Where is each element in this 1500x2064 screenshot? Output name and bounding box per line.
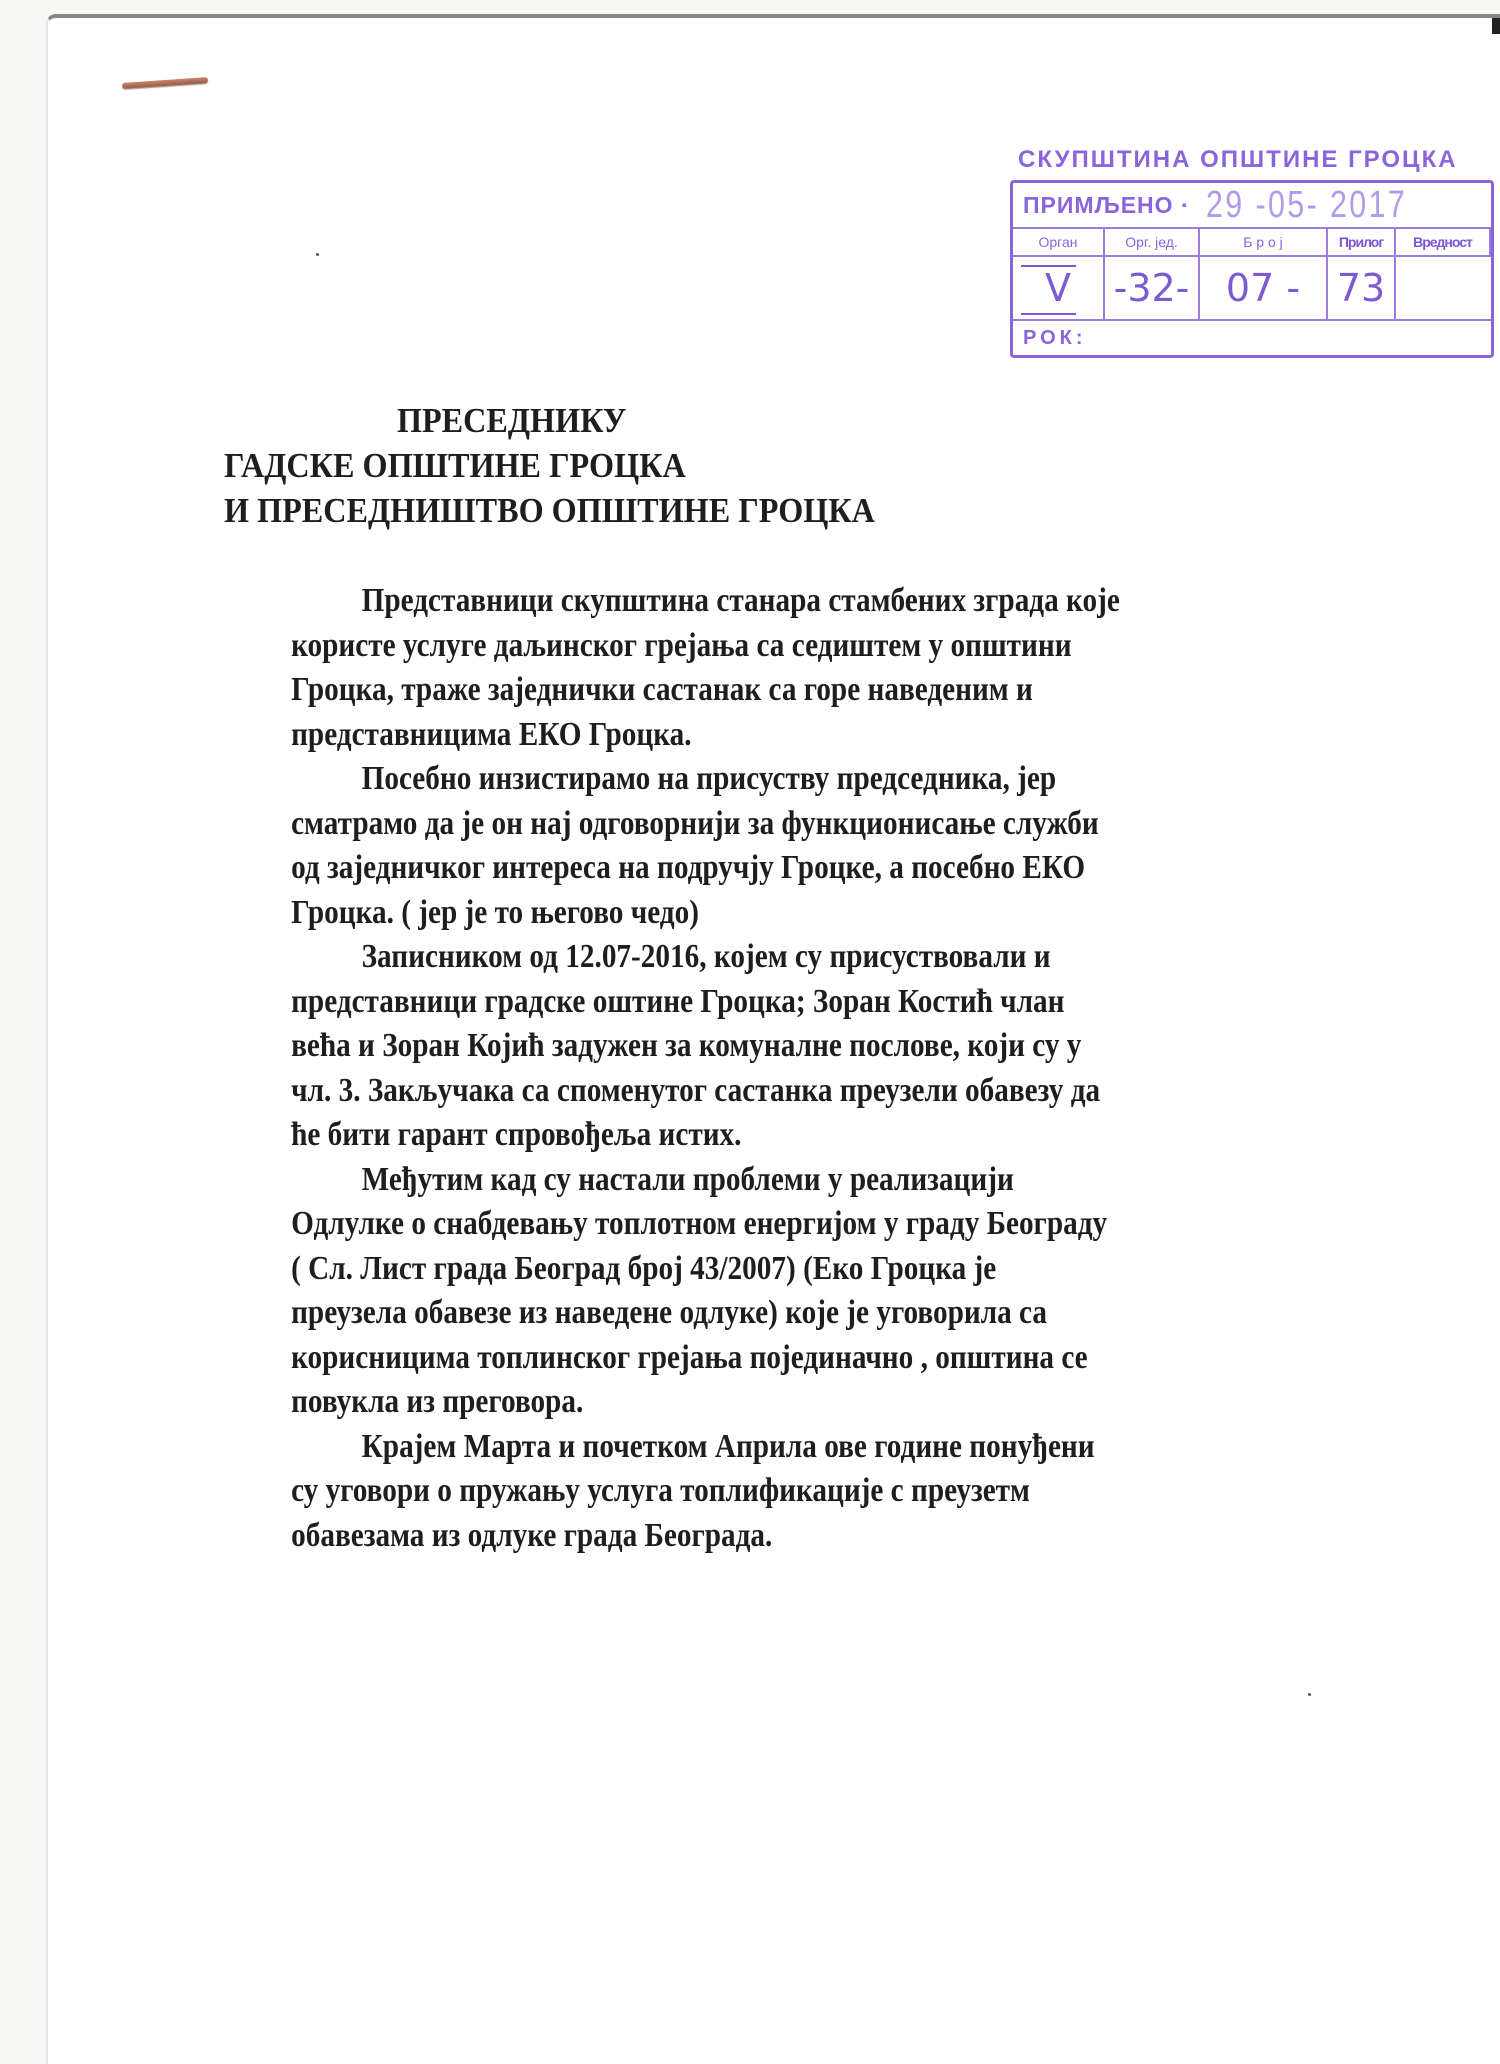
text-line: корисницима топлинског грејања појединач…: [224, 1336, 1359, 1381]
stamp-deadline-row: РОК:: [1013, 321, 1491, 355]
stamp-col-value: Вредност: [1396, 229, 1491, 257]
stamp-value-organ: V: [1013, 257, 1105, 321]
text-line: Посебно инзистирамо на присуству председ…: [224, 757, 1359, 802]
stamp-value-value: [1396, 257, 1491, 321]
letter-body: Представници скупштина станара стамбених…: [224, 579, 1359, 1558]
text-line: Гроцка, траже заједнички састанак са гор…: [224, 668, 1359, 713]
text-line: Одлулке о снабдевању топлотном енергијом…: [224, 1202, 1359, 1247]
paragraph-minutes: Записником од 12.07-2016, којем су прису…: [224, 935, 1359, 1158]
letter: ПРЕСЕДНИКУ ГАДСКЕ ОПШТИНЕ ГРОЦКА И ПРЕСЕ…: [224, 398, 1354, 1558]
paragraph-problems: Међутим кад су настали проблеми у реализ…: [224, 1158, 1359, 1425]
stamp-value-number: 07 -: [1200, 257, 1328, 321]
text-line: повукла из преговора.: [224, 1380, 1359, 1425]
stamp-received-date: 29 -05- 2017: [1206, 184, 1407, 227]
stamp-col-org-unit: Орг. јед.: [1105, 229, 1200, 257]
text-line: преузела обавезе из наведене одлуке) кој…: [224, 1291, 1359, 1336]
text-line: користе услуге даљинског грејања са седи…: [224, 624, 1359, 669]
text-line: Гроцка. ( јер је то његово чедо): [224, 891, 1359, 936]
text-line: од заједничког интереса на подручју Гроц…: [224, 846, 1359, 891]
stamp-grid: Орган Орг. јед. Б р о ј Прилог Вредност …: [1013, 229, 1491, 321]
addressee-block: ПРЕСЕДНИКУ ГАДСКЕ ОПШТИНЕ ГРОЦКА И ПРЕСЕ…: [224, 398, 1264, 533]
registry-stamp: СКУПШТИНА ОПШТИНЕ ГРОЦКА ПРИМЉЕНО · 29 -…: [1010, 146, 1500, 358]
stamp-received-row: ПРИМЉЕНО · 29 -05- 2017: [1013, 183, 1491, 229]
staple-icon: [122, 77, 208, 89]
text-line: обавезама из одлуке града Београда.: [224, 1514, 1359, 1559]
text-line: Међутим кад су настали проблеми у реализ…: [224, 1158, 1359, 1203]
text-line: чл. 3. Закључака са споменутог састанка …: [224, 1069, 1359, 1114]
text-line: представницима ЕКО Гроцка.: [224, 713, 1359, 758]
addressee-line: И ПРЕСЕДНИШТВО ОПШТИНЕ ГРОЦКА: [224, 488, 1264, 533]
stamp-col-organ: Орган: [1013, 229, 1105, 257]
stamp-value-attachment: 73: [1328, 257, 1396, 321]
stamp-col-number: Б р о ј: [1200, 229, 1328, 257]
text-line: Крајем Марта и почетком Априла ове годин…: [224, 1425, 1359, 1470]
stamp-received-label: ПРИМЉЕНО ·: [1023, 192, 1190, 219]
text-line: Записником од 12.07-2016, којем су прису…: [224, 935, 1359, 980]
text-line: сматрамо да је он нај одговорнији за фун…: [224, 802, 1359, 847]
text-line: представници градске оштине Гроцка; Зора…: [224, 980, 1359, 1025]
stamp-title: СКУПШТИНА ОПШТИНЕ ГРОЦКА: [1010, 146, 1500, 174]
stamp-deadline-label: РОК:: [1023, 327, 1087, 350]
text-line: ( Сл. Лист града Београд број 43/2007) (…: [224, 1247, 1359, 1292]
paragraph-meeting-request: Представници скупштина станара стамбених…: [224, 579, 1359, 757]
text-line: су уговори о пружању услуга топлификациј…: [224, 1469, 1359, 1514]
text-line: ће бити гарант спровођеља истих.: [224, 1113, 1359, 1158]
text-line: већа и Зоран Којић задужен за комуналне …: [224, 1024, 1359, 1069]
paragraph-president-presence: Посебно инзистирамо на присуству председ…: [224, 757, 1359, 935]
scan-edge-shadow: [1492, 18, 1500, 34]
scan-speck: [316, 253, 319, 256]
paragraph-contracts: Крајем Марта и почетком Априла ове годин…: [224, 1425, 1359, 1559]
scan-speck: [1308, 1693, 1311, 1696]
addressee-line: ГАДСКЕ ОПШТИНЕ ГРОЦКА: [224, 443, 1264, 488]
stamp-value-org-unit: -32-: [1105, 257, 1200, 321]
addressee-line: ПРЕСЕДНИКУ: [224, 398, 1264, 443]
stamp-col-attachment: Прилог: [1328, 229, 1396, 257]
text-line: Представници скупштина станара стамбених…: [224, 579, 1359, 624]
stamp-box: ПРИМЉЕНО · 29 -05- 2017 Орган Орг. јед. …: [1010, 180, 1494, 358]
